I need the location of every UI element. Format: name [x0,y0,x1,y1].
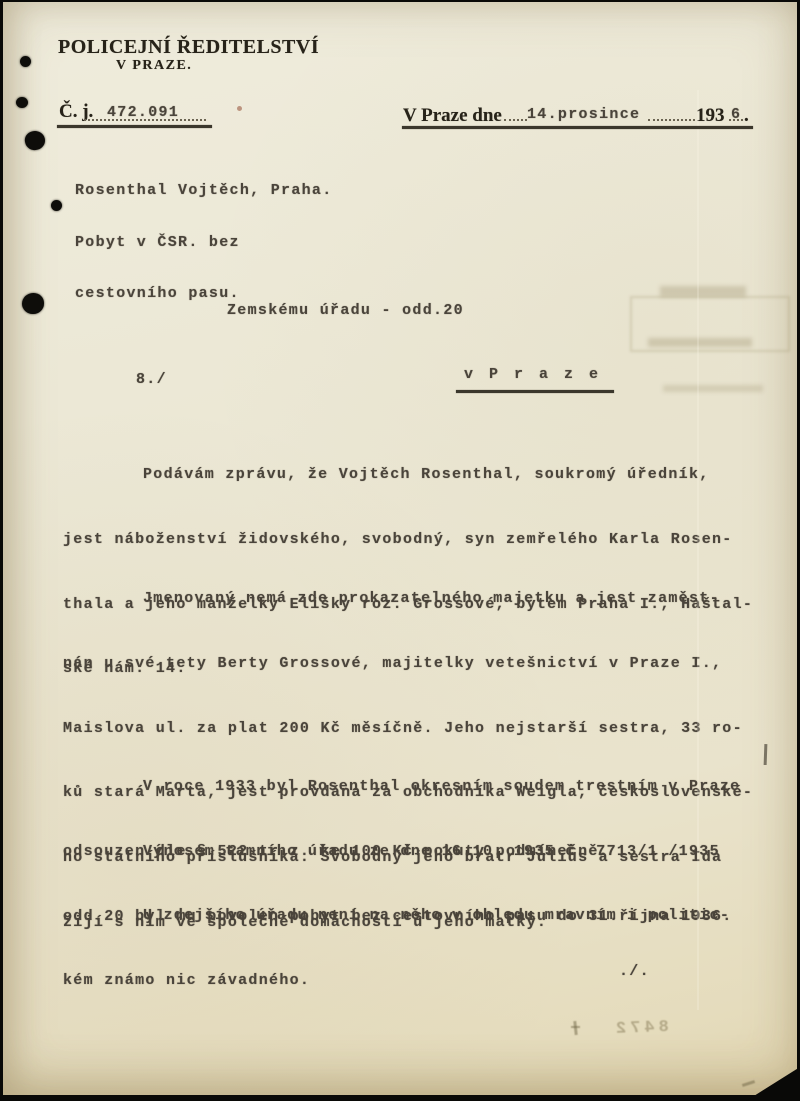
ink-bleedthrough-ghost [648,338,752,347]
date-value: 14.prosince [527,106,640,123]
body-line: kém známo nic závadného. [63,966,783,997]
punch-dot [16,97,28,108]
punch-hole [22,293,44,314]
letterhead-org: POLICEJNÍ ŘEDITELSTVÍ [58,36,319,59]
body-line: nán u své tety Berty Grossové, majitelky… [63,649,783,680]
body-line: Jmenovaný nemá zde prokazatelného majetk… [63,584,783,615]
year-period: . [744,105,749,127]
ink-bleedthrough-ghost [660,286,746,297]
dotted-leader [504,119,527,121]
scan-streak [697,90,699,1010]
scanned-document-page: POLICEJNÍ ŘEDITELSTVÍ V PRAZE. Č. j. 472… [0,0,800,1101]
punch-dot [20,56,31,67]
ink-underline [57,125,212,128]
body-line: Výnosem tamního úřadu ze dne 16.10. 1935… [63,837,783,868]
place-heading: v P r a z e [464,366,602,383]
subject-line: Pobyt v ČSR. bez [75,234,333,252]
dotted-leader [84,119,206,121]
subject-line: Rosenthal Vojtěch, Praha. [75,182,333,200]
subject-line: cestovního pasu. [75,285,333,303]
dotted-leader [729,119,743,121]
ink-speck [237,106,242,111]
closing-mark: ./. [619,963,650,980]
punch-dot [51,200,62,211]
ink-underline [456,390,614,393]
date-label: V Praze dne [403,105,502,127]
ink-bleedthrough-ghost [663,385,763,392]
pencil-ghost-number: 8472 [612,1018,669,1039]
folio-mark: 8./ [136,371,167,388]
ink-underline [402,126,753,129]
body-line: Podávám zprávu, že Vojtěch Rosenthal, so… [63,460,783,491]
body-line: V roce 1933 byl Rosenthal okresním soude… [63,772,783,803]
recipient-line: Zemskému úřadu - odd.20 [227,302,464,319]
year-printed: 193 [696,105,725,127]
body-line: U zdejšího úřadu není na něho v ohledu m… [63,901,783,932]
stray-typed-apostrophe: ' [224,598,232,614]
dotted-leader [648,119,695,121]
letterhead-place: V PRAZE. [116,58,192,74]
body-paragraph: U zdejšího úřadu není na něho v ohledu m… [63,867,783,1031]
page-corner-shadow [746,1067,800,1101]
pencil-tick [571,1026,580,1028]
